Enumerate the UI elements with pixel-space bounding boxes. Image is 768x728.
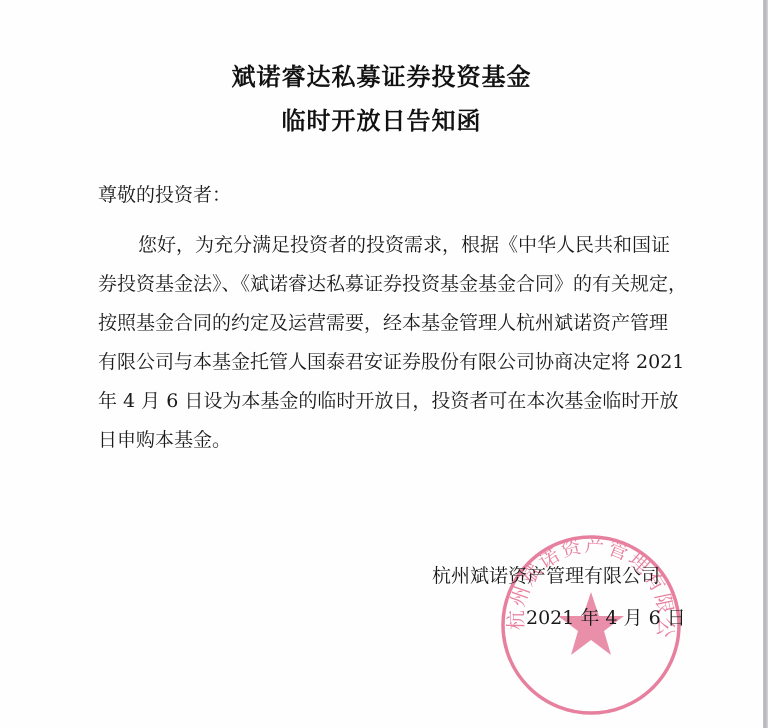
document-title: 斌诺睿达私募证券投资基金 bbox=[0, 57, 763, 92]
body-line: 有限公司与本基金托管人国泰君安证券股份有限公司协商决定将 2021 bbox=[98, 343, 683, 382]
signature-company: 杭州斌诺资产管理有限公司 bbox=[432, 561, 660, 588]
signature-date: 2021 年 4 月 6 日 bbox=[526, 603, 686, 630]
body-line: 券投资基金法》、《斌诺睿达私募证券投资基金基金合同》的有关规定， bbox=[98, 265, 683, 304]
body-line: 按照基金合同的约定及运营需要，经本基金管理人杭州斌诺资产管理 bbox=[98, 304, 683, 343]
body-paragraph: 您好，为充分满足投资者的投资需求，根据《中华人民共和国证 券投资基金法》、《斌诺… bbox=[98, 226, 683, 460]
document-page: 斌诺睿达私募证券投资基金 临时开放日告知函 尊敬的投资者： 您好，为充分满足投资… bbox=[0, 0, 763, 728]
body-line: 您好，为充分满足投资者的投资需求，根据《中华人民共和国证 bbox=[98, 226, 683, 265]
page-edge bbox=[763, 0, 768, 728]
document-subtitle: 临时开放日告知函 bbox=[0, 101, 763, 136]
body-line: 日申购本基金。 bbox=[98, 421, 683, 460]
greeting: 尊敬的投资者： bbox=[98, 180, 231, 207]
body-line: 年 4 月 6 日设为本基金的临时开放日，投资者可在本次基金临时开放 bbox=[98, 382, 683, 421]
